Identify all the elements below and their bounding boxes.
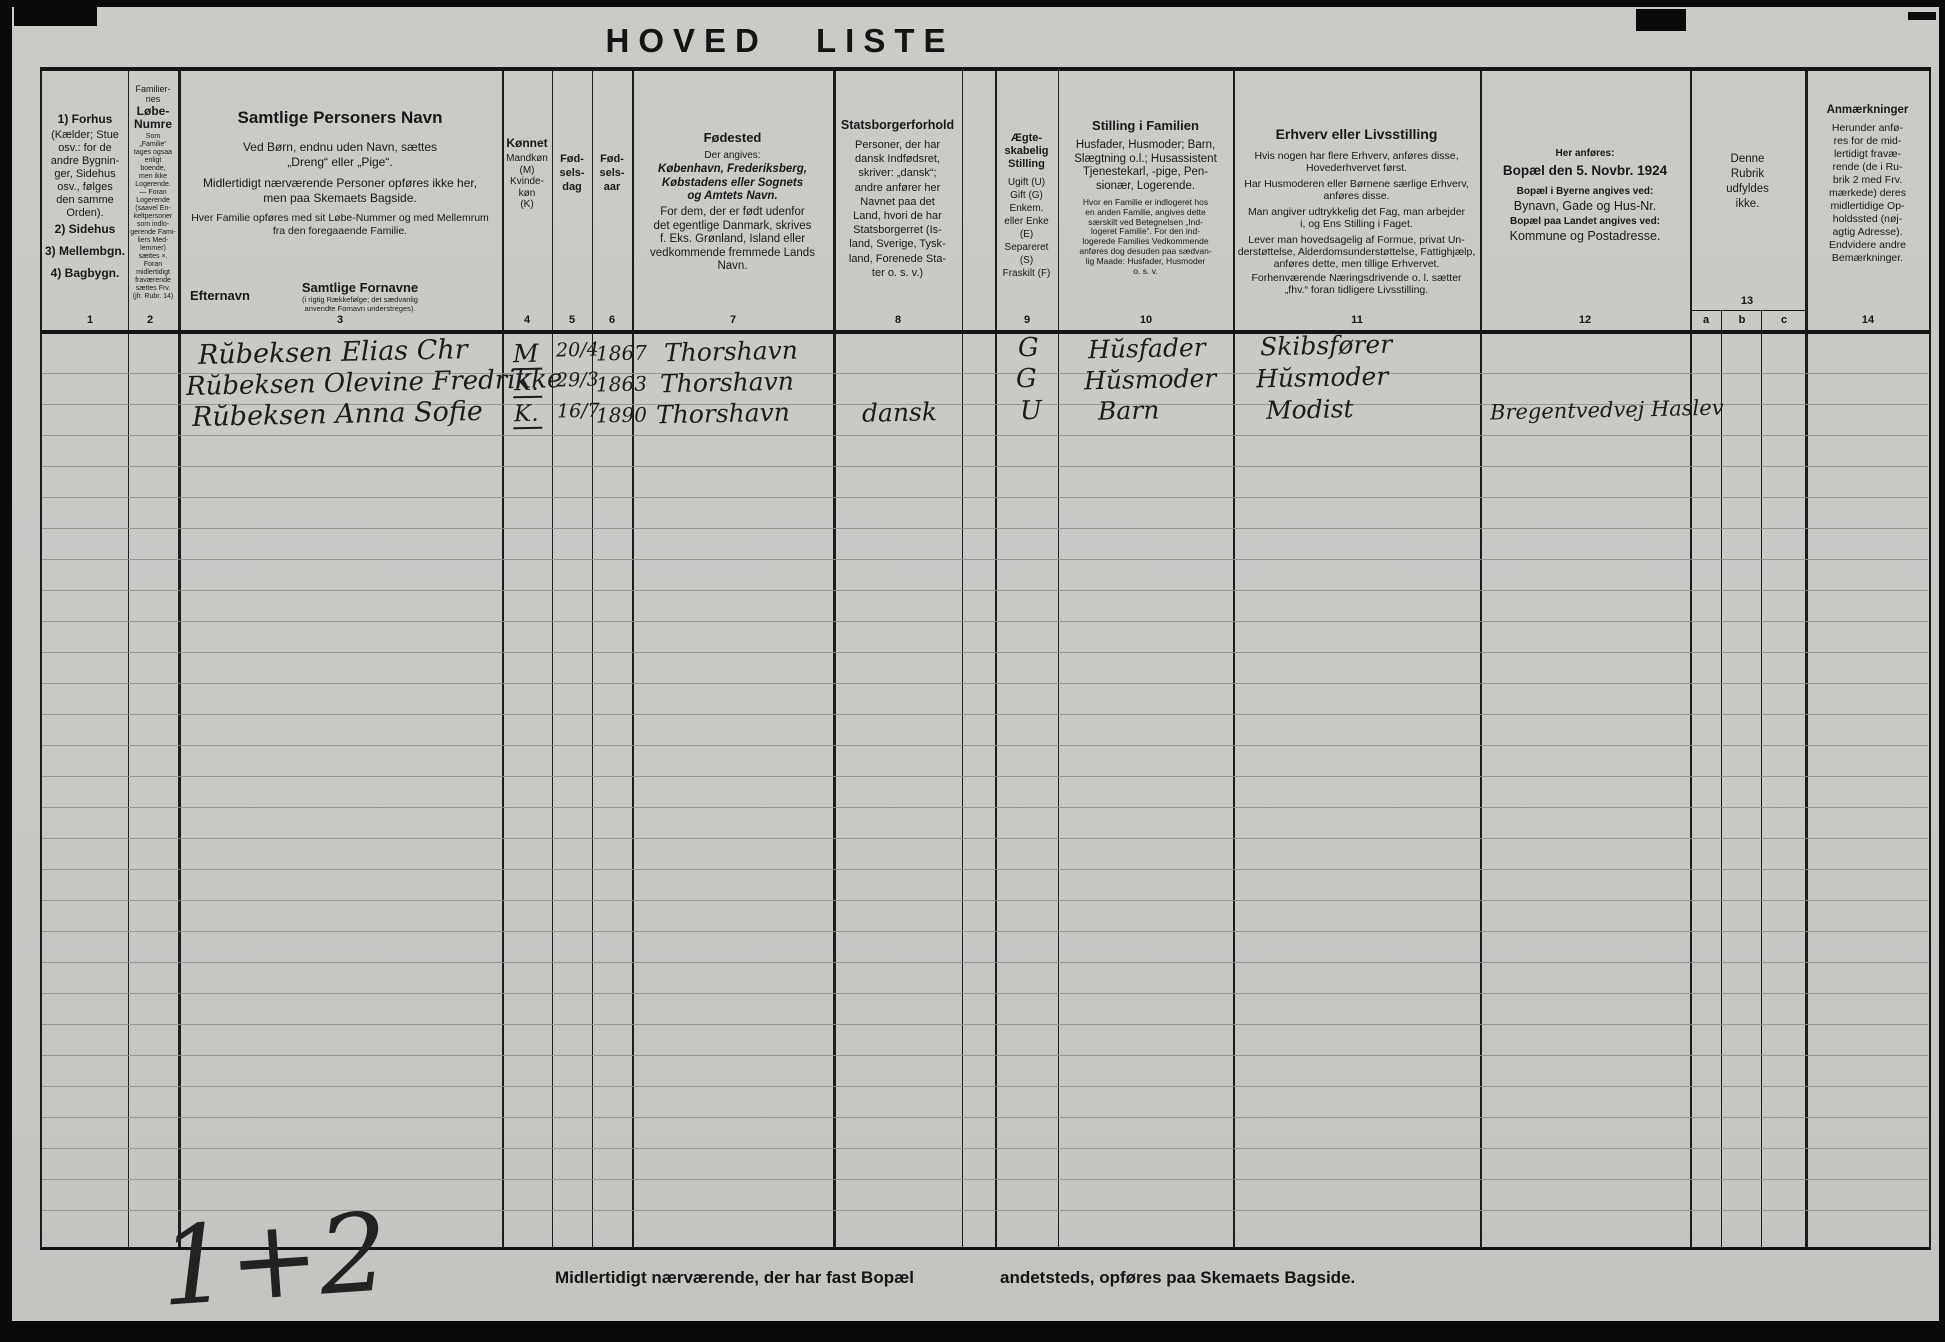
footer-note-left: Midlertidigt nærværende, der har fast Bo… xyxy=(555,1268,914,1288)
column-divider xyxy=(1480,67,1482,1250)
column-header-statsborgerforhold: Statsborgerforhold xyxy=(835,118,960,132)
row-3-name: Rŭbeksen Anna Sofie xyxy=(192,396,483,433)
scan-mark-topright xyxy=(1908,12,1936,20)
column-header-anmaerkninger: Anmærkninger xyxy=(1807,104,1928,116)
column-header-fornavne-note: (i rigtig Rækkefølge; det sædvanlig anve… xyxy=(270,296,450,313)
row-3-occupation: Modist xyxy=(1266,394,1354,425)
row-1-birthyear: 1867 xyxy=(596,340,647,365)
table-row-line xyxy=(42,993,1928,994)
table-row-line xyxy=(42,528,1928,529)
row-1-name: Rŭbeksen Elias Chr xyxy=(198,334,468,371)
row-3-sex: K. xyxy=(513,401,542,428)
colnum-10: 10 xyxy=(1140,314,1152,326)
table-row-line xyxy=(42,807,1928,808)
column-divider xyxy=(502,67,504,1250)
column-header-fodested-examples: København, Frederiksberg, Købstadens ell… xyxy=(634,163,831,204)
colnum-13b: b xyxy=(1739,314,1746,326)
table-row-line xyxy=(42,435,1928,436)
column-header-sidehus: 2) Sidehus xyxy=(42,222,128,236)
column-divider xyxy=(552,67,553,1250)
column-header-navn-note1: Ved Børn, endnu uden Navn, sættes „Dreng… xyxy=(180,140,500,170)
column-header-konnet: Kønnet xyxy=(503,136,551,150)
column-header-navn-note3: Hver Familie opføres med sit Løbe-Nummer… xyxy=(180,212,500,238)
column-header-bopael-l1: Bynavn, Gade og Hus-Nr. xyxy=(1482,199,1688,213)
header-bottom-rule xyxy=(40,330,1931,334)
column-header-konnet-body: Mandkøn (M) Kvinde- køn (K) xyxy=(503,153,551,211)
table-row-line xyxy=(42,497,1928,498)
column-header-forhus-1: 1) Forhus xyxy=(42,112,128,126)
row-3-birthday: 16/7 xyxy=(557,400,600,423)
table-row-line xyxy=(42,621,1928,622)
column-header-lobenumre-pre: Familier- nes xyxy=(129,84,177,104)
row-1-surname: Rŭbeksen xyxy=(198,337,333,371)
colnum-12: 12 xyxy=(1579,314,1591,326)
row-3-sex-value: K. xyxy=(513,401,542,430)
column-divider xyxy=(1690,67,1692,1250)
row-3-surname: Rŭbeksen xyxy=(192,399,327,433)
table-row-line xyxy=(42,1148,1928,1149)
row-2-birthyear: 1863 xyxy=(596,371,647,396)
colnum-1: 1 xyxy=(87,314,93,326)
page-title: HOVED LISTE xyxy=(540,22,1020,60)
column-header-fodested-intro: Der angives: xyxy=(634,150,831,161)
column-header-forhus-body: (Kælder; Stue osv.: for de andre Bygnin-… xyxy=(42,129,128,220)
row-2-birthplace: Thorshavn xyxy=(660,367,794,399)
colnum-13c: c xyxy=(1781,314,1787,326)
row-3-marital: U xyxy=(1020,396,1043,426)
column-header-fodested: Fødested xyxy=(634,130,831,145)
row-1-marital: G xyxy=(1018,333,1039,363)
colnum-3: 3 xyxy=(337,314,343,326)
table-row-line xyxy=(42,590,1928,591)
column-header-stilling-familien-body: Husfader, Husmoder; Barn, Slægtning o.l.… xyxy=(1060,139,1231,193)
column-header-fornavne: Samtlige Fornavne xyxy=(280,280,440,295)
colnum-6: 6 xyxy=(609,314,615,326)
scan-blob-topright xyxy=(1636,9,1686,31)
table-row-line xyxy=(42,1179,1928,1180)
column-header-anmaerkninger-body: Herunder anfø- res for de mid- lertidigt… xyxy=(1807,122,1928,265)
table-row-line xyxy=(42,838,1928,839)
colnum-4: 4 xyxy=(524,314,530,326)
colnum-7: 7 xyxy=(730,314,736,326)
table-row-line xyxy=(42,652,1928,653)
column-header-erhverv-p5: Forhenværende Næringsdrivende o. l. sætt… xyxy=(1235,272,1478,296)
column-header-statsborgerforhold-body: Personer, der har dansk Indfødsret, skri… xyxy=(837,138,958,280)
scan-edge-right xyxy=(1939,0,1945,1342)
row-1-occupation: Skibsfører xyxy=(1260,330,1393,362)
subcolumn-divider xyxy=(1761,310,1762,1250)
row-2-sex-value: K. xyxy=(513,370,542,399)
scanned-census-form: HOVED LISTE 1) Forhus (Kælder; Stue osv.… xyxy=(0,0,1945,1342)
column-header-bopael-l1s: Bopæl i Byerne angives ved: xyxy=(1482,186,1688,197)
column-divider xyxy=(1058,67,1059,1250)
colnum-13: 13 xyxy=(1741,295,1753,307)
row-3-residence: Bregentvedvej Haslev xyxy=(1490,396,1724,425)
colnum-14: 14 xyxy=(1862,314,1874,326)
colnum-11: 11 xyxy=(1351,314,1363,326)
column-divider xyxy=(962,67,963,1250)
row-2-occupation: Hŭsmoder xyxy=(1256,362,1389,394)
colnum-5: 5 xyxy=(569,314,575,326)
table-top-rule xyxy=(40,67,1931,71)
column-header-bopael-intro: Her anføres: xyxy=(1482,148,1688,159)
handwritten-total: 1+2 xyxy=(156,1190,392,1331)
column-header-stilling-familien-note: Hvor en Familie er indlogeret hos en and… xyxy=(1062,198,1229,276)
footer-note-right: andetsteds, opføres paa Skemaets Bagside… xyxy=(1000,1268,1355,1288)
row-2-surname: Rŭbeksen xyxy=(186,369,316,402)
column-header-bopael-l2s: Bopæl paa Landet angives ved: xyxy=(1482,216,1688,227)
row-2-family-position: Hŭsmoder xyxy=(1084,364,1217,396)
table-row-line xyxy=(42,683,1928,684)
column-header-fodselsaar: Fød- sels- aar xyxy=(593,152,631,194)
col13-subheader-rule xyxy=(1690,310,1805,311)
column-header-erhverv-p4: Lever man hovedsagelig af Formue, privat… xyxy=(1235,234,1478,270)
column-header-aegteskabelig: Ægte- skabelig Stilling xyxy=(996,132,1057,171)
row-3-citizenship: dansk xyxy=(862,397,938,428)
colnum-8: 8 xyxy=(895,314,901,326)
row-2-marital: G xyxy=(1016,364,1037,394)
column-header-stilling-familien: Stilling i Familien xyxy=(1060,118,1231,133)
table-row-line xyxy=(42,962,1928,963)
column-header-bagbygning: 4) Bagbygn. xyxy=(42,266,128,280)
column-divider xyxy=(1929,67,1931,1250)
row-3-firstnames: Anna Sofie xyxy=(335,396,483,430)
table-row-line xyxy=(42,931,1928,932)
table-row-line xyxy=(42,1055,1928,1056)
row-2-birthday: 29/3 xyxy=(556,369,599,392)
row-1-birthplace: Thorshavn xyxy=(664,336,798,368)
row-3-birthyear: 1890 xyxy=(596,402,647,427)
column-header-bopael-l2: Kommune og Postadresse. xyxy=(1482,229,1688,243)
row-2-sex: K. xyxy=(513,370,542,397)
column-header-aegteskabelig-body: Ugift (U) Gift (G) Enkem. eller Enke (E)… xyxy=(996,176,1057,280)
scan-edge-left xyxy=(0,0,12,1342)
row-3-family-position: Barn xyxy=(1098,395,1160,425)
column-header-lobenumre-note: Som „Familie“ tages ogsaa enligt boende,… xyxy=(128,133,178,301)
scan-edge-bottom xyxy=(0,1321,1945,1342)
table-row-line xyxy=(42,1117,1928,1118)
column-header-navn-note2: Midlertidigt nærværende Personer opføres… xyxy=(180,176,500,206)
table-row-line xyxy=(42,466,1928,467)
table-row-line xyxy=(42,1086,1928,1087)
colnum-13a: a xyxy=(1703,314,1709,326)
column-header-lobenumre: Løbe- Numre xyxy=(129,105,177,131)
row-1-family-position: Hŭsfader xyxy=(1088,333,1206,364)
table-row-line xyxy=(42,1024,1928,1025)
column-header-fodested-body: For dem, der er født udenfor det egentli… xyxy=(634,206,831,274)
table-row-line xyxy=(42,776,1928,777)
row-1-firstnames: Elias Chr xyxy=(341,334,468,368)
table-row-line xyxy=(42,714,1928,715)
column-header-erhverv-p2: Har Husmoderen eller Børnene særlige Erh… xyxy=(1235,178,1478,202)
column-header-erhverv: Erhverv eller Livsstilling xyxy=(1235,126,1478,142)
table-row-line xyxy=(42,869,1928,870)
table-row-line xyxy=(42,745,1928,746)
column-header-erhverv-p1: Hvis nogen har flere Erhverv, anføres di… xyxy=(1235,150,1478,174)
scan-edge-top xyxy=(0,0,1945,7)
row-3-birthplace: Thorshavn xyxy=(656,398,790,430)
column-divider xyxy=(178,67,181,1250)
colnum-9: 9 xyxy=(1024,314,1030,326)
column-header-navn-title: Samtlige Personers Navn xyxy=(180,108,500,128)
subcolumn-divider xyxy=(1721,310,1722,1250)
column-divider xyxy=(592,67,593,1250)
column-header-denne-rubrik: Denne Rubrik udfyldes ikke. xyxy=(1692,152,1803,212)
column-header-fodselsdag: Fød- sels- dag xyxy=(553,152,591,194)
column-header-erhverv-p3: Man angiver udtrykkelig det Fag, man arb… xyxy=(1235,206,1478,230)
colnum-2: 2 xyxy=(147,314,153,326)
table-row-line xyxy=(42,559,1928,560)
row-1-birthday: 20/4 xyxy=(556,339,599,362)
column-header-mellembygning: 3) Mellembgn. xyxy=(40,244,130,258)
column-divider xyxy=(833,67,836,1250)
table-row-line xyxy=(42,900,1928,901)
scan-blob-topleft xyxy=(14,3,97,26)
column-header-bopael-title: Bopæl den 5. Novbr. 1924 xyxy=(1482,163,1688,178)
